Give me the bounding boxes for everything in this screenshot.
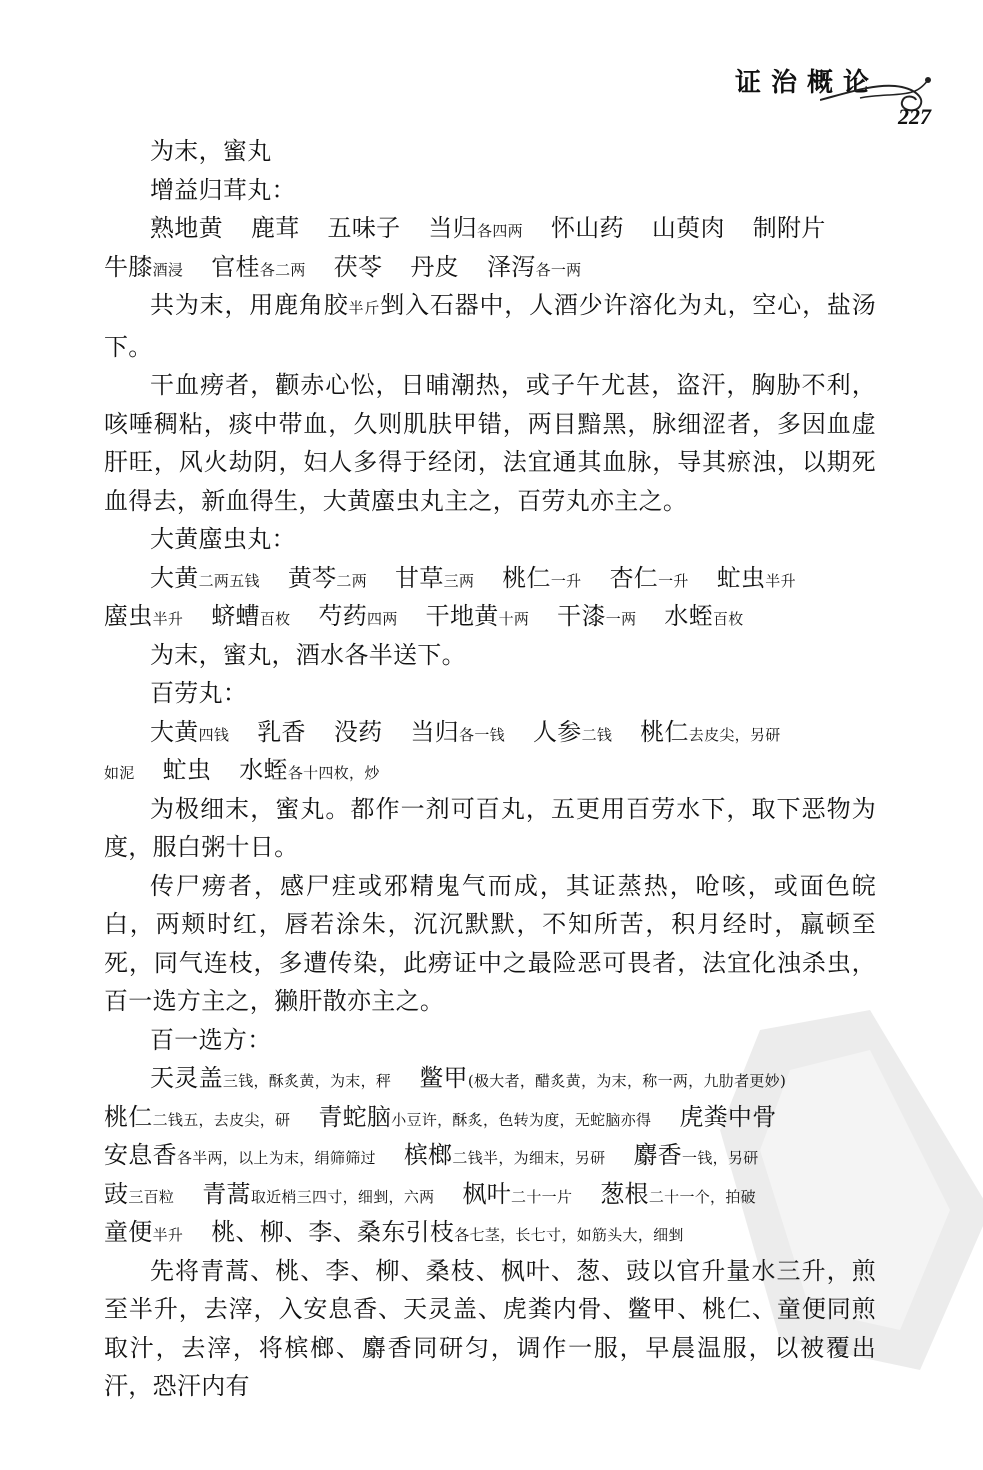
text-run: 虻虫 xyxy=(163,756,212,784)
text-run: 天灵盖 xyxy=(150,1064,223,1092)
text-run: 乳香 xyxy=(257,718,306,746)
text-run: 制附片 xyxy=(753,214,826,242)
text-line: 熟地黄鹿茸五味子当归各四两怀山药山萸肉制附片 xyxy=(104,209,876,248)
text-line: 百一选方： xyxy=(104,1021,876,1060)
dosage-annotation: 四两 xyxy=(367,610,398,628)
dosage-annotation: 一两 xyxy=(606,610,637,628)
text-run: 官桂 xyxy=(211,253,260,281)
text-run: 为末，蜜丸 xyxy=(150,137,272,165)
text-run: 怀山药 xyxy=(551,214,624,242)
dosage-annotation: 百枚 xyxy=(713,610,744,628)
dosage-annotation: 各二两 xyxy=(260,261,306,279)
dosage-annotation: 二钱半，为细末，另研 xyxy=(452,1149,605,1167)
dosage-annotation: 二钱五，去皮尖，研 xyxy=(153,1111,291,1129)
text-run: 当归 xyxy=(428,214,477,242)
dosage-annotation: 三两 xyxy=(444,572,475,590)
text-run: 传尸痨者，感尸疰或邪精鬼气而成，其证蒸热，呛咳，或面色皖白，两颊时红，唇若涂朱，… xyxy=(104,872,876,1016)
document-body: 为末，蜜丸增益归茸丸：熟地黄鹿茸五味子当归各四两怀山药山萸肉制附片牛膝酒浸官桂各… xyxy=(104,132,876,1406)
text-run: 人参 xyxy=(533,718,582,746)
text-run: 芍药 xyxy=(318,602,367,630)
paragraph: 干血痨者，颧赤心忪，日晡潮热，或子午尤甚，盗汗，胸胁不利，咳唾稠粘，痰中带血，久… xyxy=(104,366,876,520)
text-line: 增益归茸丸： xyxy=(104,171,876,210)
dosage-annotation: 去皮尖，另研 xyxy=(689,726,781,744)
text-line: 牛膝酒浸官桂各二两茯苓丹皮泽泻各一两 xyxy=(104,248,876,287)
dosage-annotation: 十两 xyxy=(499,610,530,628)
dosage-annotation: 小豆许，酥炙，色转为度，无蛇脑亦得 xyxy=(391,1111,651,1129)
dosage-annotation: (极大者，醋炙黄，为末，称一两，九肋者更妙) xyxy=(468,1072,786,1090)
text-line: 䗪虫半升蛴螬百枚芍药四两干地黄十两干漆一两水蛭百枚 xyxy=(104,597,876,636)
text-run: 干地黄 xyxy=(426,602,499,630)
text-run: 百劳丸： xyxy=(150,679,247,707)
text-run: 大黄 xyxy=(150,718,199,746)
text-run: 杏仁 xyxy=(609,564,658,592)
text-line: 大黄二两五钱黄芩二两甘草三两桃仁一升杏仁一升虻虫半升 xyxy=(104,559,876,598)
text-line: 天灵盖三钱，酥炙黄，为末，秤鳖甲(极大者，醋炙黄，为末，称一两，九肋者更妙) xyxy=(104,1059,876,1098)
paragraph: 传尸痨者，感尸疰或邪精鬼气而成，其证蒸热，呛咳，或面色皖白，两颊时红，唇若涂朱，… xyxy=(104,867,876,1021)
dosage-annotation: 半升 xyxy=(765,572,796,590)
dosage-annotation: 如泥 xyxy=(104,764,135,782)
paragraph: 共为末，用鹿角胶半斤剉入石器中，人酒少许溶化为丸，空心，盐汤下。 xyxy=(104,286,876,366)
dosage-annotation: 二两五钱 xyxy=(199,572,260,590)
paragraph: 先将青蒿、桃、李、柳、桑枝、枫叶、葱、豉以官升量水三升，煎至半升，去滓，入安息香… xyxy=(104,1252,876,1406)
text-run: 鹿茸 xyxy=(251,214,300,242)
text-run: 槟榔 xyxy=(404,1141,453,1169)
text-line: 豉三百粒青蒿取近梢三四寸，细剉，六两枫叶二十一片葱根二十一个，拍破 xyxy=(104,1175,876,1214)
text-run: 水蛭 xyxy=(239,756,288,784)
text-line: 大黄四钱乳香没药当归各一钱人参二钱桃仁去皮尖，另研 xyxy=(104,713,876,752)
text-run: 黄芩 xyxy=(288,564,337,592)
text-run: 泽泻 xyxy=(487,253,536,281)
dosage-annotation: 百枚 xyxy=(260,610,291,628)
page-number: 227 xyxy=(898,104,931,130)
dosage-annotation: 半斤 xyxy=(349,299,381,317)
text-run: 牛膝 xyxy=(104,253,153,281)
dosage-annotation: 酒浸 xyxy=(153,261,184,279)
text-run: 桃、柳、李、桑东引枝 xyxy=(211,1218,454,1246)
dosage-annotation: 三钱，酥炙黄，为末，秤 xyxy=(223,1072,391,1090)
text-run: 大黄䗪虫丸： xyxy=(150,525,296,553)
dosage-annotation: 二十一个，拍破 xyxy=(649,1188,756,1206)
text-run: 虻虫 xyxy=(717,564,766,592)
dosage-annotation: 一升 xyxy=(658,572,689,590)
text-run: 青蛇脑 xyxy=(318,1103,391,1131)
text-run: 为末，蜜丸，酒水各半送下。 xyxy=(150,641,466,669)
dosage-annotation: 各十四枚，炒 xyxy=(288,764,380,782)
dosage-annotation: 半升 xyxy=(153,610,184,628)
text-line: 为末，蜜丸，酒水各半送下。 xyxy=(104,636,876,675)
dosage-annotation: 二两 xyxy=(336,572,367,590)
text-run: 干漆 xyxy=(557,602,606,630)
text-run: 百一选方： xyxy=(150,1026,272,1054)
paragraph: 为极细末，蜜丸。都作一剂可百丸，五更用百劳水下，取下恶物为度，服白粥十日。 xyxy=(104,790,876,867)
dosage-annotation: 二十一片 xyxy=(511,1188,572,1206)
text-run: 虎粪中骨 xyxy=(679,1103,776,1131)
text-run: 葱根 xyxy=(600,1180,649,1208)
text-run: 麝香 xyxy=(633,1141,682,1169)
text-run: 枫叶 xyxy=(462,1180,511,1208)
dosage-annotation: 各四两 xyxy=(477,222,523,240)
text-run: 鳖甲 xyxy=(419,1064,468,1092)
dosage-annotation: 四钱 xyxy=(199,726,230,744)
text-run: 茯苓 xyxy=(334,253,383,281)
text-run: 共为末，用鹿角胶 xyxy=(150,291,349,319)
dosage-annotation: 各七茎，长七寸，如筋头大，细剉 xyxy=(454,1226,684,1244)
dosage-annotation: 取近梢三四寸，细剉，六两 xyxy=(251,1188,435,1206)
dosage-annotation: 三百粒 xyxy=(128,1188,174,1206)
text-line: 安息香各半两，以上为末，绢筛筛过槟榔二钱半，为细末，另研麝香一钱，另研 xyxy=(104,1136,876,1175)
text-line: 百劳丸： xyxy=(104,674,876,713)
text-line: 大黄䗪虫丸： xyxy=(104,520,876,559)
dosage-annotation: 各一钱 xyxy=(459,726,505,744)
text-run: 蛴螬 xyxy=(211,602,260,630)
text-run: 熟地黄 xyxy=(150,214,223,242)
text-run: 桃仁 xyxy=(502,564,551,592)
text-run: 童便 xyxy=(104,1218,153,1246)
text-run: 甘草 xyxy=(395,564,444,592)
dosage-annotation: 各一两 xyxy=(536,261,582,279)
dosage-annotation: 各半两，以上为末，绢筛筛过 xyxy=(177,1149,376,1167)
text-run: 当归 xyxy=(410,718,459,746)
text-run: 青蒿 xyxy=(202,1180,251,1208)
text-line: 如泥虻虫水蛭各十四枚，炒 xyxy=(104,751,876,790)
text-run: 增益归茸丸： xyxy=(150,176,296,204)
text-run: 山萸肉 xyxy=(652,214,725,242)
text-run: 没药 xyxy=(334,718,383,746)
dosage-annotation: 一钱，另研 xyxy=(682,1149,759,1167)
text-run: 桃仁 xyxy=(640,718,689,746)
dosage-annotation: 二钱 xyxy=(582,726,613,744)
text-run: 安息香 xyxy=(104,1141,177,1169)
text-run: 豉 xyxy=(104,1180,128,1208)
text-run: 桃仁 xyxy=(104,1103,153,1131)
text-run: 水蛭 xyxy=(664,602,713,630)
text-run: 先将青蒿、桃、李、柳、桑枝、枫叶、葱、豉以官升量水三升，煎至半升，去滓，入安息香… xyxy=(104,1257,876,1401)
text-line: 童便半升桃、柳、李、桑东引枝各七茎，长七寸，如筋头大，细剉 xyxy=(104,1213,876,1252)
text-run: 为极细末，蜜丸。都作一剂可百丸，五更用百劳水下，取下恶物为度，服白粥十日。 xyxy=(104,795,876,862)
text-line: 为末，蜜丸 xyxy=(104,132,876,171)
dosage-annotation: 半升 xyxy=(153,1226,184,1244)
text-run: 干血痨者，颧赤心忪，日晡潮热，或子午尤甚，盗汗，胸胁不利，咳唾稠粘，痰中带血，久… xyxy=(104,371,876,515)
text-run: 大黄 xyxy=(150,564,199,592)
dosage-annotation: 一升 xyxy=(551,572,582,590)
text-run: 丹皮 xyxy=(410,253,459,281)
text-run: 五味子 xyxy=(328,214,401,242)
text-run: 䗪虫 xyxy=(104,602,153,630)
text-line: 桃仁二钱五，去皮尖，研青蛇脑小豆许，酥炙，色转为度，无蛇脑亦得虎粪中骨 xyxy=(104,1098,876,1137)
